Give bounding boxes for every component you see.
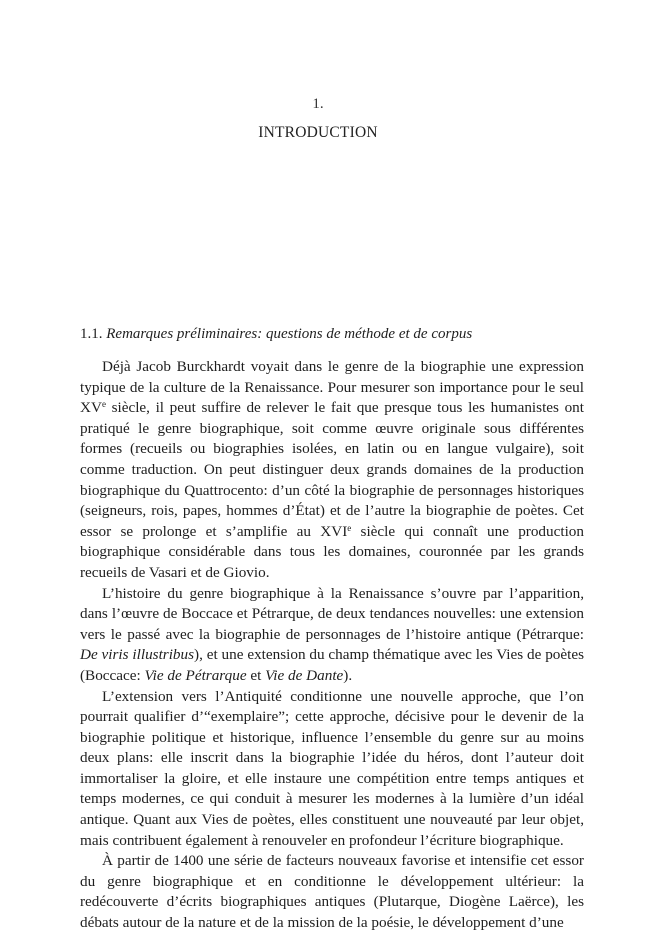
italic-title: De viris illustribus: [80, 646, 194, 663]
paragraph: Déjà Jacob Burckhardt voyait dans le gen…: [80, 357, 584, 584]
superscript: e: [102, 399, 106, 409]
chapter-title: INTRODUCTION: [0, 124, 636, 142]
section-heading: 1.1. Remarques préliminaires: questions …: [80, 326, 585, 343]
body-text: Déjà Jacob Burckhardt voyait dans le gen…: [80, 357, 584, 934]
superscript: e: [347, 523, 351, 533]
paragraph: L’extension vers l’Antiquité conditionne…: [80, 687, 584, 852]
book-page: 1. INTRODUCTION 1.1. Remarques prélimina…: [0, 0, 650, 934]
italic-title: Vie de Dante: [265, 667, 343, 684]
section-number: 1.1.: [80, 326, 103, 342]
paragraph: L’histoire du genre biographique à la Re…: [80, 584, 584, 687]
italic-title: Vie de Pétrarque: [145, 667, 247, 684]
paragraph: À partir de 1400 une série de facteurs n…: [80, 851, 584, 933]
section-title: Remarques préliminaires: questions de mé…: [106, 326, 472, 342]
chapter-number: 1.: [0, 96, 636, 113]
